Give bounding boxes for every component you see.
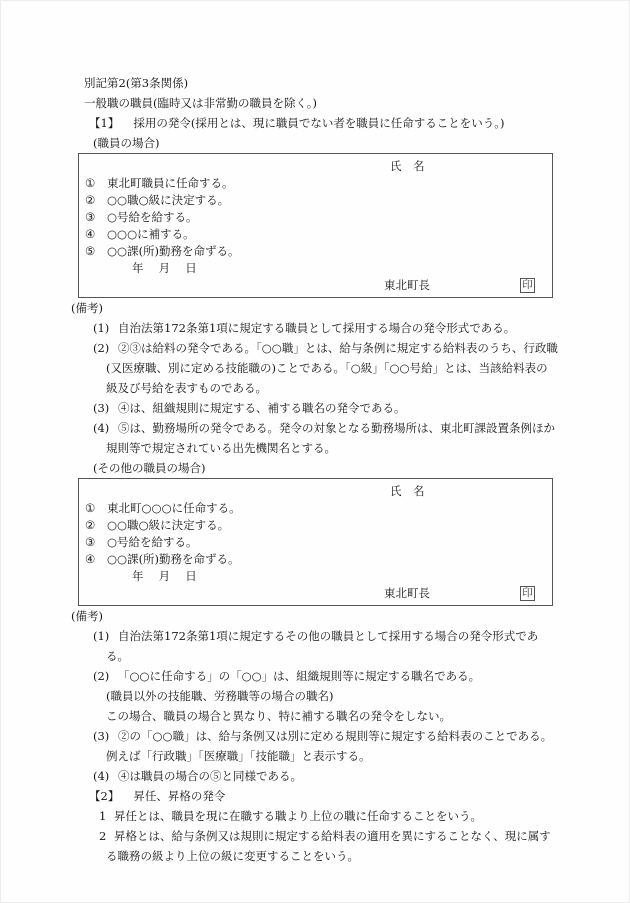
item-text: ○○職○級に決定する。 (107, 193, 229, 207)
item-number: ② (85, 192, 107, 209)
remarks-label: (備考) (71, 298, 629, 318)
section-1-title: 採用の発令(採用とは、現に職員でない者を職員に任命することをいう。) (133, 116, 504, 130)
remark-text: ②の「○○職」は、給与条例又は別に定める規則等に規定する給料表のことである。 (118, 729, 552, 743)
remark-item: (4)⑤は、勤務場所の発令である。発令の対象となる勤務場所は、東北町課設置条例ほ… (106, 418, 558, 458)
remark-text: ④は、組織規則に規定する、補する職名の発令である。 (118, 401, 406, 415)
remark-sub-line: 例えば「行政職」「医療職」「技能職」と表示する。 (106, 746, 558, 766)
remark-number: (3) (93, 726, 118, 746)
appointment-item: ⑤○○課(所)勤務を命ずる。 (79, 243, 552, 260)
item-text: 東北町職員に任命する。 (107, 176, 234, 190)
remark-item: (2)「○○に任命する」の「○○」は、組織規則等に規定する職名である。 (106, 666, 558, 686)
appointment-item: ④○○課(所)勤務を命ずる。 (79, 551, 552, 568)
remark-item: (1)自治法第172条第1項に規定する職員として採用する場合の発令形式である。 (106, 318, 558, 338)
remarks-label: (備考) (71, 606, 629, 626)
appointment-item: ①東北町職員に任命する。 (79, 175, 552, 192)
seal-mark: 印 (520, 586, 535, 601)
appointment-item: ①東北町○○○に任命する。 (79, 500, 552, 517)
case-label-other: (その他の職員の場合) (93, 458, 629, 478)
seal-mark: 印 (520, 278, 535, 293)
item-text: ○号給を給する。 (107, 535, 198, 549)
item-text: ○○課(所)勤務を命ずる。 (107, 552, 240, 566)
remark-text: ⑤は、勤務場所の発令である。発令の対象となる勤務場所は、東北町課設置条例ほか規則… (106, 421, 555, 455)
remark-number: (2) (93, 666, 118, 686)
item-number: 1 (99, 806, 114, 826)
item-number: ④ (85, 551, 107, 568)
section-2-heading: 【2】昇任、昇格の発令 (89, 786, 629, 806)
date-line: 年 月 日 (79, 260, 552, 277)
section-2-number: 【2】 (89, 789, 119, 803)
remark-number: (4) (93, 766, 118, 786)
appointment-item: ③○号給を給する。 (79, 534, 552, 551)
remark-number: (4) (93, 418, 118, 438)
item-number: ⑤ (85, 243, 107, 260)
remark-number: (1) (93, 626, 118, 646)
remark-number: (2) (93, 338, 118, 358)
appointment-box-staff: 氏 名 ①東北町職員に任命する。 ②○○職○級に決定する。 ③○号給を給する。 … (78, 153, 553, 298)
remark-text: 自治法第172条第1項に規定する職員として採用する場合の発令形式である。 (118, 321, 515, 335)
signature-line: 東北町長印 (79, 277, 552, 294)
item-text: 昇格とは、給与条例又は規則に規定する給料表の適用を異にすることなく、現に属する職… (106, 829, 551, 863)
item-number: ③ (85, 534, 107, 551)
item-text: 東北町○○○に任命する。 (107, 501, 241, 515)
remark-item: (3)②の「○○職」は、給与条例又は別に定める規則等に規定する給料表のことである… (106, 726, 558, 746)
remark-text: ④は職員の場合の⑤と同様である。 (118, 769, 302, 783)
remark-number: (3) (93, 398, 118, 418)
remark-item: (1)自治法第172条第1項に規定するその他の職員として採用する場合の発令形式で… (106, 626, 558, 666)
doc-scope-heading: 一般職の職員(臨時又は非常勤の職員を除く。) (84, 93, 629, 113)
remark-sub-line: (職員以外の技能職、労務職等の場合の職名) (106, 686, 558, 706)
section-1-heading: 【1】採用の発令(採用とは、現に職員でない者を職員に任命することをいう。) (89, 113, 629, 133)
name-field-label: 氏 名 (79, 158, 552, 175)
item-number: ① (85, 175, 107, 192)
section-2-title: 昇任、昇格の発令 (133, 789, 225, 803)
item-text: ○○課(所)勤務を命ずる。 (107, 244, 240, 258)
remark-number: (1) (93, 318, 118, 338)
appointment-item: ②○○職○級に決定する。 (79, 192, 552, 209)
name-field-label: 氏 名 (79, 483, 552, 500)
remark-item: (4)④は職員の場合の⑤と同様である。 (106, 766, 558, 786)
item-number: ② (85, 517, 107, 534)
numbered-item: 1昇任とは、職員を現に在職する職より上位の職に任命することをいう。 (106, 806, 558, 826)
remark-item: (3)④は、組織規則に規定する、補する職名の発令である。 (106, 398, 558, 418)
item-text: ○○○に補する。 (107, 227, 195, 241)
remark-sub-line: この場合、職員の場合と異なり、特に補する職名の発令をしない。 (106, 706, 558, 726)
remark-item: (2)②③は給料の発令である。「○○職」とは、給与条例に規定する給料表のうち、行… (106, 338, 558, 398)
item-text: ○号給を給する。 (107, 210, 198, 224)
signature-line: 東北町長印 (79, 585, 552, 602)
section-1-number: 【1】 (89, 116, 119, 130)
doc-ref-heading: 別記第2(第3条関係) (84, 73, 629, 93)
item-text: 昇任とは、職員を現に在職する職より上位の職に任命することをいう。 (114, 809, 482, 823)
signer-name: 東北町長 (384, 277, 430, 294)
item-number: ③ (85, 209, 107, 226)
date-line: 年 月 日 (79, 568, 552, 585)
numbered-item: 2昇格とは、給与条例又は規則に規定する給料表の適用を異にすることなく、現に属する… (106, 826, 558, 866)
case-label-staff: (職員の場合) (93, 133, 629, 153)
signer-name: 東北町長 (384, 585, 430, 602)
appointment-item: ③○号給を給する。 (79, 209, 552, 226)
appointment-item: ④○○○に補する。 (79, 226, 552, 243)
item-number: ④ (85, 226, 107, 243)
item-number: ① (85, 500, 107, 517)
appointment-box-other: 氏 名 ①東北町○○○に任命する。 ②○○職○級に決定する。 ③○号給を給する。… (78, 478, 553, 606)
remark-text: 自治法第172条第1項に規定するその他の職員として採用する場合の発令形式である。 (106, 629, 538, 663)
remark-text: ②③は給料の発令である。「○○職」とは、給与条例に規定する給料表のうち、行政職(… (106, 341, 558, 395)
document-page: 別記第2(第3条関係) 一般職の職員(臨時又は非常勤の職員を除く。) 【1】採用… (0, 0, 630, 903)
appointment-item: ②○○職○級に決定する。 (79, 517, 552, 534)
item-text: ○○職○級に決定する。 (107, 518, 229, 532)
item-number: 2 (99, 826, 114, 846)
remark-text: 「○○に任命する」の「○○」は、組織規則等に規定する職名である。 (118, 669, 480, 683)
